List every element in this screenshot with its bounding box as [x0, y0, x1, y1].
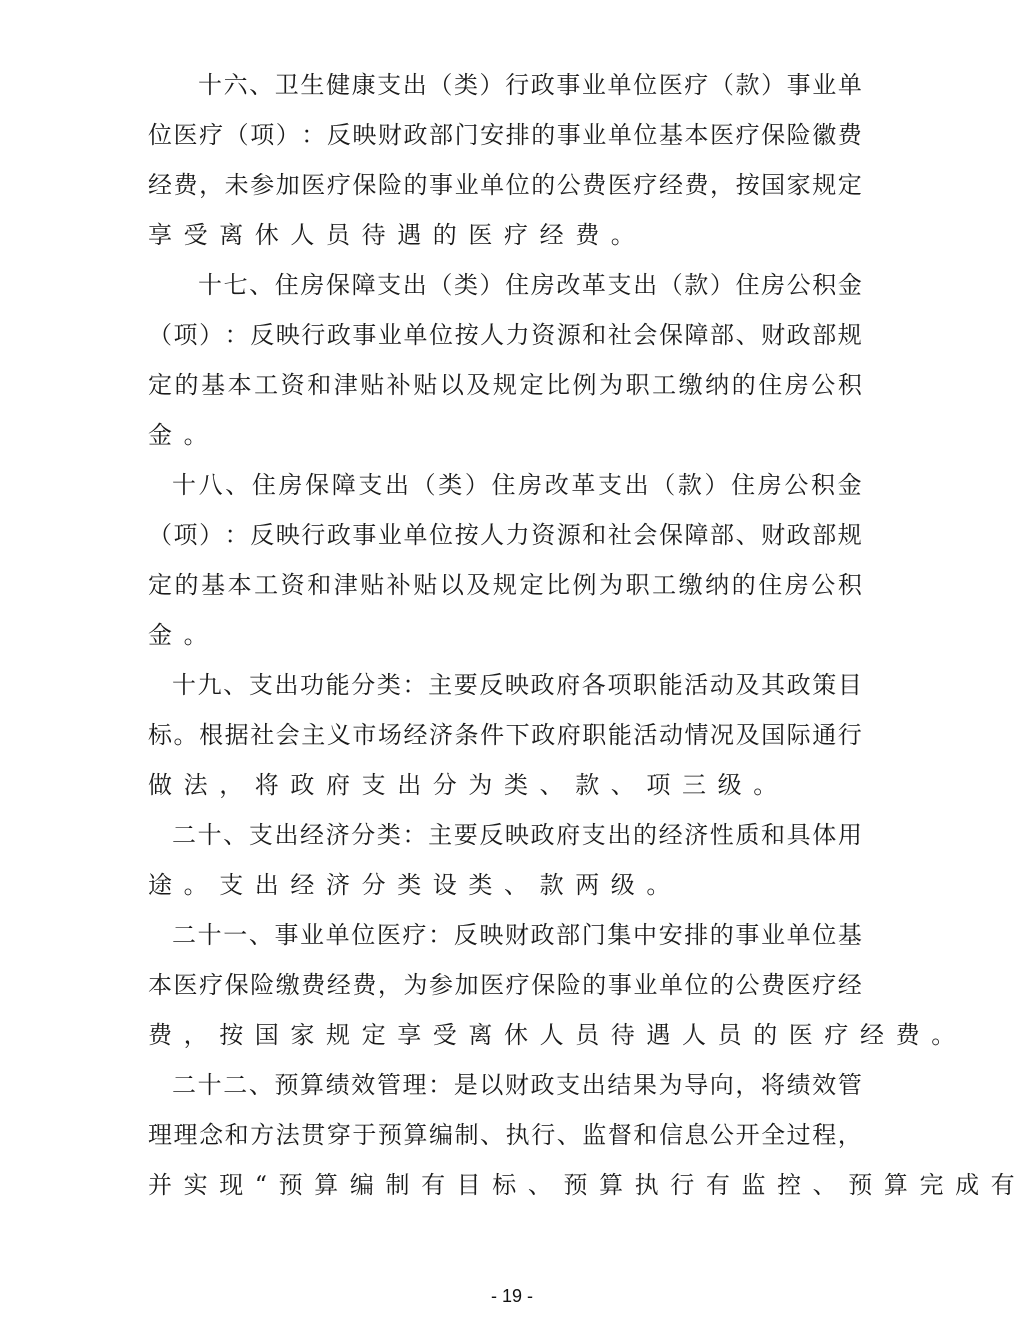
text-line: （项）：反映行政事业单位按人力资源和社会保障部、财政部规	[148, 310, 862, 360]
text-line: 途。支出经济分类设类、款两级。	[148, 860, 862, 910]
document-page: 十六、卫生健康支出（类）行政事业单位医疗（款）事业单位医疗（项）：反映财政部门安…	[148, 60, 862, 1210]
text-line: 标。根据社会主义市场经济条件下政府职能活动情况及国际通行	[148, 710, 862, 760]
paragraph-p22: 二十二、预算绩效管理：是以财政支出结果为导向，将绩效管理理念和方法贯穿于预算编制…	[148, 1060, 862, 1210]
text-line: 十六、卫生健康支出（类）行政事业单位医疗（款）事业单	[148, 60, 862, 110]
paragraph-p20: 二十、支出经济分类：主要反映政府支出的经济性质和具体用途。支出经济分类设类、款两…	[148, 810, 862, 910]
text-line: 定的基本工资和津贴补贴以及规定比例为职工缴纳的住房公积	[148, 360, 862, 410]
text-line: 本医疗保险缴费经费，为参加医疗保险的事业单位的公费医疗经	[148, 960, 862, 1010]
paragraph-p19: 十九、支出功能分类：主要反映政府各项职能活动及其政策目标。根据社会主义市场经济条…	[148, 660, 862, 810]
text-line: 十七、住房保障支出（类）住房改革支出（款）住房公积金	[148, 260, 862, 310]
text-line: 二十二、预算绩效管理：是以财政支出结果为导向，将绩效管	[148, 1060, 862, 1110]
text-line: 位医疗（项）：反映财政部门安排的事业单位基本医疗保险徽费	[148, 110, 862, 160]
text-line: 享受离休人员待遇的医疗经费。	[148, 210, 862, 260]
page-number: - 19 -	[0, 1286, 1024, 1307]
text-line: 二十一、事业单位医疗：反映财政部门集中安排的事业单位基	[148, 910, 862, 960]
text-line: 理理念和方法贯穿于预算编制、执行、监督和信息公开全过程，	[148, 1110, 862, 1160]
paragraph-p18: 十八、住房保障支出（类）住房改革支出（款）住房公积金（项）：反映行政事业单位按人…	[148, 460, 862, 660]
text-line: 费，按国家规定享受离休人员待遇人员的医疗经费。	[148, 1010, 862, 1060]
text-line: 金。	[148, 410, 862, 460]
text-line: 十八、住房保障支出（类）住房改革支出（款）住房公积金	[148, 460, 862, 510]
text-line: 做法，将政府支出分为类、款、项三级。	[148, 760, 862, 810]
paragraph-p16: 十六、卫生健康支出（类）行政事业单位医疗（款）事业单位医疗（项）：反映财政部门安…	[148, 60, 862, 260]
text-line: 定的基本工资和津贴补贴以及规定比例为职工缴纳的住房公积	[148, 560, 862, 610]
paragraph-p17: 十七、住房保障支出（类）住房改革支出（款）住房公积金（项）：反映行政事业单位按人…	[148, 260, 862, 460]
text-line: 并实现“预算编制有目标、预算执行有监控、预算完成有评价、	[148, 1160, 862, 1210]
paragraph-p21: 二十一、事业单位医疗：反映财政部门集中安排的事业单位基本医疗保险缴费经费，为参加…	[148, 910, 862, 1060]
text-line: （项）：反映行政事业单位按人力资源和社会保障部、财政部规	[148, 510, 862, 560]
text-line: 经费，未参加医疗保险的事业单位的公费医疗经费，按国家规定	[148, 160, 862, 210]
text-line: 十九、支出功能分类：主要反映政府各项职能活动及其政策目	[148, 660, 862, 710]
text-line: 二十、支出经济分类：主要反映政府支出的经济性质和具体用	[148, 810, 862, 860]
text-line: 金。	[148, 610, 862, 660]
